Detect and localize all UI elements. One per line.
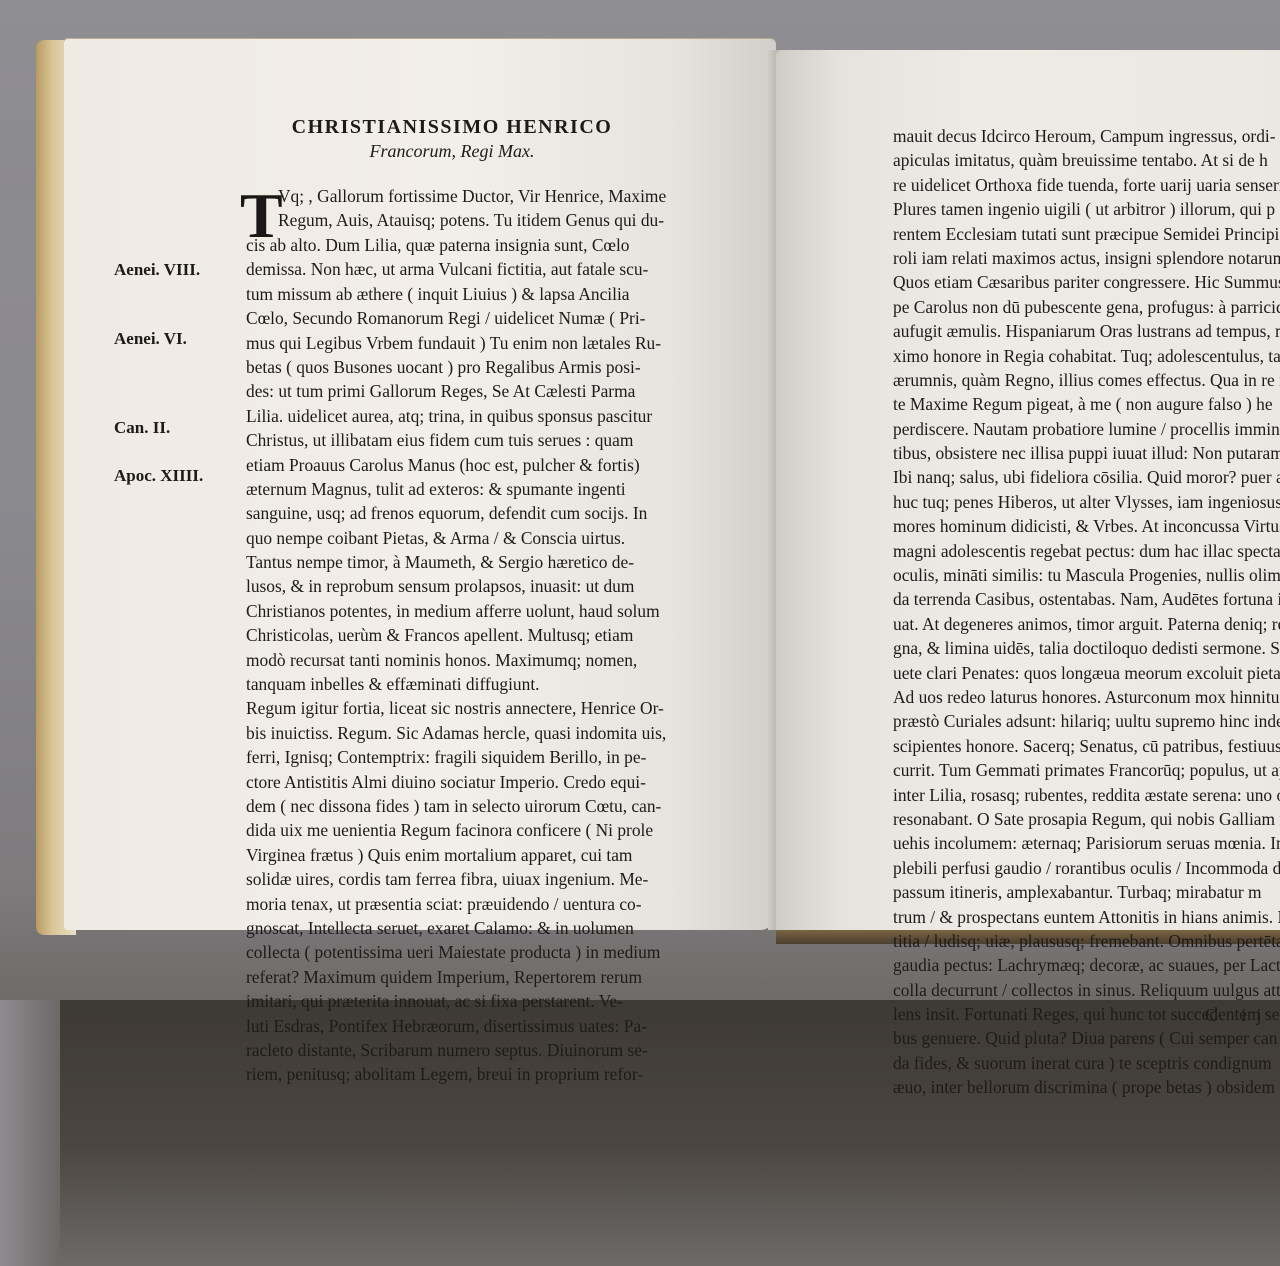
- text-line: Christianos potentes, in medium afferre …: [246, 599, 676, 623]
- text-line: æuo, inter bellorum discrimina ( prope b…: [893, 1075, 1280, 1099]
- text-line: bus genuere. Quid pluta? Diua parens ( C…: [893, 1026, 1280, 1050]
- text-line: mus qui Legibus Vrbem fundauit ) Tu enim…: [246, 331, 676, 355]
- text-line: Christus, ut illibatam eius fidem cum tu…: [246, 428, 676, 452]
- marginal-note: Aenei. VI.: [114, 329, 187, 349]
- background-left-edge: [0, 1000, 60, 1266]
- text-line: plebili perfusi gaudio / rorantibus ocul…: [893, 856, 1280, 880]
- text-line: Lilia. uidelicet aurea, atq; trina, in q…: [246, 404, 676, 428]
- text-line: Plures tamen ingenio uigili ( ut arbitro…: [893, 197, 1280, 221]
- text-line: mores hominum didicisti, & Vrbes. At inc…: [893, 514, 1280, 538]
- text-line: moria tenax, ut præsentia sciat: præuide…: [246, 892, 676, 916]
- text-line: quo nempe coibant Pietas, & Arma / & Con…: [246, 526, 676, 550]
- text-line: uete clari Penates: quos longæua meorum …: [893, 661, 1280, 685]
- text-line: racleto distante, Scribarum numero septu…: [246, 1038, 676, 1062]
- text-line: lusos, & in reprobum sensum prolapsos, i…: [246, 574, 676, 598]
- text-line: demissa. Non hæc, ut arma Vulcani fictit…: [246, 257, 676, 281]
- text-line: magni adolescentis regebat pectus: dum h…: [893, 539, 1280, 563]
- text-line: collecta ( potentissima ueri Maiestate p…: [246, 940, 676, 964]
- text-line: ctore Antistitis Almi diuino sociatur Im…: [246, 770, 676, 794]
- text-line: Quos etiam Cæsaribus pariter congressere…: [893, 270, 1280, 294]
- text-line: currit. Tum Gemmati primates Francorūq; …: [893, 758, 1280, 782]
- text-line: uat. At degeneres animos, timor arguit. …: [893, 612, 1280, 636]
- text-line: des: ut tum primi Gallorum Reges, Se At …: [246, 379, 676, 403]
- text-line: riem, penitusq; abolitam Legem, breui in…: [246, 1062, 676, 1086]
- right-page-body: mauit decus Idcirco Heroum, Campum ingre…: [893, 124, 1280, 1100]
- text-line: re uidelicet Orthoxa fide tuenda, forte …: [893, 173, 1280, 197]
- text-line: Ibi nanq; salus, ubi fideliora cōsilia. …: [893, 465, 1280, 489]
- text-line: passum itineris, amplexabantur. Turbaq; …: [893, 880, 1280, 904]
- header-subtitle: Francorum, Regi Max.: [232, 141, 672, 162]
- header-title: CHRISTIANISSIMO HENRICO: [232, 116, 672, 139]
- text-line: colla decurrunt / collectos in sinus. Re…: [893, 978, 1280, 1002]
- text-line: ærumnis, quàm Regno, illius comes effect…: [893, 368, 1280, 392]
- text-line: præstò Curiales adsunt: hilariq; uultu s…: [893, 709, 1280, 733]
- text-line: dida uix me uenientia Regum facinora con…: [246, 818, 676, 842]
- text-line: trum / & prospectans euntem Attonitis in…: [893, 905, 1280, 929]
- text-line: betas ( quos Busones uocant ) pro Regali…: [246, 355, 676, 379]
- text-line: te Maxime Regum pigeat, à me ( non augur…: [893, 392, 1280, 416]
- text-line: Cœlo, Secundo Romanorum Regi / uidelicet…: [246, 306, 676, 330]
- text-line: ferri, Ignisq; Contemptrix: fragili siqu…: [246, 745, 676, 769]
- text-line: gna, & limina uidēs, talia doctiloquo de…: [893, 636, 1280, 660]
- text-line: Ad uos redeo laturus honores. Asturconum…: [893, 685, 1280, 709]
- text-line: tanquam inbelles & effæminati diffugiunt…: [246, 672, 676, 696]
- text-line: Tantus nempe timor, à Maumeth, & Sergio …: [246, 550, 676, 574]
- text-line: inter Lilia, rosasq; rubentes, reddita æ…: [893, 783, 1280, 807]
- text-line: titia / ludisq; uiæ, plaususq; fremebant…: [893, 929, 1280, 953]
- text-line: æternum Magnus, tulit ad exteros: & spum…: [246, 477, 676, 501]
- text-line: scipientes honore. Sacerq; Senatus, cū p…: [893, 734, 1280, 758]
- text-line: gaudia pectus: Lachrymæq; decoræ, ac sua…: [893, 953, 1280, 977]
- text-line: Virginea frætus ) Quis enim mortalium ap…: [246, 843, 676, 867]
- left-page-opening-lines: Vq; , Gallorum fortissime Ductor, Vir He…: [278, 184, 678, 233]
- text-line: da fides, & suorum inerat cura ) te scep…: [893, 1051, 1280, 1075]
- text-line: imitari, qui præterita innouat, ac si fi…: [246, 989, 676, 1013]
- left-page-body: cis ab alto. Dum Lilia, quæ paterna insi…: [246, 233, 676, 1087]
- text-line: oculis, mināti similis: tu Mascula Proge…: [893, 563, 1280, 587]
- signature-mark: C ij: [1205, 1005, 1272, 1026]
- text-line: tum missum ab æthere ( inquit Liuius ) &…: [246, 282, 676, 306]
- text-line: aufugit æmulis. Hispaniarum Oras lustran…: [893, 319, 1280, 343]
- text-line: Regum, Auis, Atauisq; potens. Tu itidem …: [278, 208, 678, 232]
- text-line: da terrenda Casibus, ostentabas. Nam, Au…: [893, 587, 1280, 611]
- text-line: sanguine, usq; ad frenos equorum, defend…: [246, 501, 676, 525]
- text-line: apiculas imitatus, quàm breuissime tenta…: [893, 148, 1280, 172]
- text-line: rentem Ecclesiam tutati sunt præcipue Se…: [893, 222, 1280, 246]
- text-line: referat? Maximum quidem Imperium, Repert…: [246, 965, 676, 989]
- page-header: CHRISTIANISSIMO HENRICO Francorum, Regi …: [232, 116, 672, 162]
- text-line: luti Esdras, Pontifex Hebræorum, diserti…: [246, 1014, 676, 1038]
- marginal-note: Aenei. VIII.: [114, 260, 200, 280]
- text-line: roli iam relati maximos actus, insigni s…: [893, 246, 1280, 270]
- text-line: solidæ uires, cordis tam ferrea fibra, u…: [246, 867, 676, 891]
- text-line: etiam Proauus Carolus Manus (hoc est, pu…: [246, 453, 676, 477]
- text-line: gnoscat, Intellecta seruet, exaret Calam…: [246, 916, 676, 940]
- text-line: mauit decus Idcirco Heroum, Campum ingre…: [893, 124, 1280, 148]
- text-line: cis ab alto. Dum Lilia, quæ paterna insi…: [246, 233, 676, 257]
- text-line: pe Carolus non dū pubescente gena, profu…: [893, 295, 1280, 319]
- text-line: Regum igitur fortia, liceat sic nostris …: [246, 696, 676, 720]
- text-line: tibus, obsistere nec illisa puppi iuuat …: [893, 441, 1280, 465]
- marginal-note: Apoc. XIIII.: [114, 466, 203, 486]
- text-line: dem ( nec dissona fides ) tam in selecto…: [246, 794, 676, 818]
- text-line: bis inuictiss. Regum. Sic Adamas hercle,…: [246, 721, 676, 745]
- marginal-note: Can. II.: [114, 418, 170, 438]
- text-line: Christicolas, uerùm & Francos apellent. …: [246, 623, 676, 647]
- text-line: huc tuq; penes Hiberos, ut alter Vlysses…: [893, 490, 1280, 514]
- text-line: ximo honore in Regia cohabitat. Tuq; ado…: [893, 344, 1280, 368]
- text-line: Vq; , Gallorum fortissime Ductor, Vir He…: [278, 184, 678, 208]
- text-line: uehis incolumem: æternaq; Parisiorum ser…: [893, 831, 1280, 855]
- text-line: modò recursat tanti nominis honos. Maxim…: [246, 648, 676, 672]
- text-line: resonabant. O Sate prosapia Regum, qui n…: [893, 807, 1280, 831]
- text-line: perdiscere. Nautam probatiore lumine / p…: [893, 417, 1280, 441]
